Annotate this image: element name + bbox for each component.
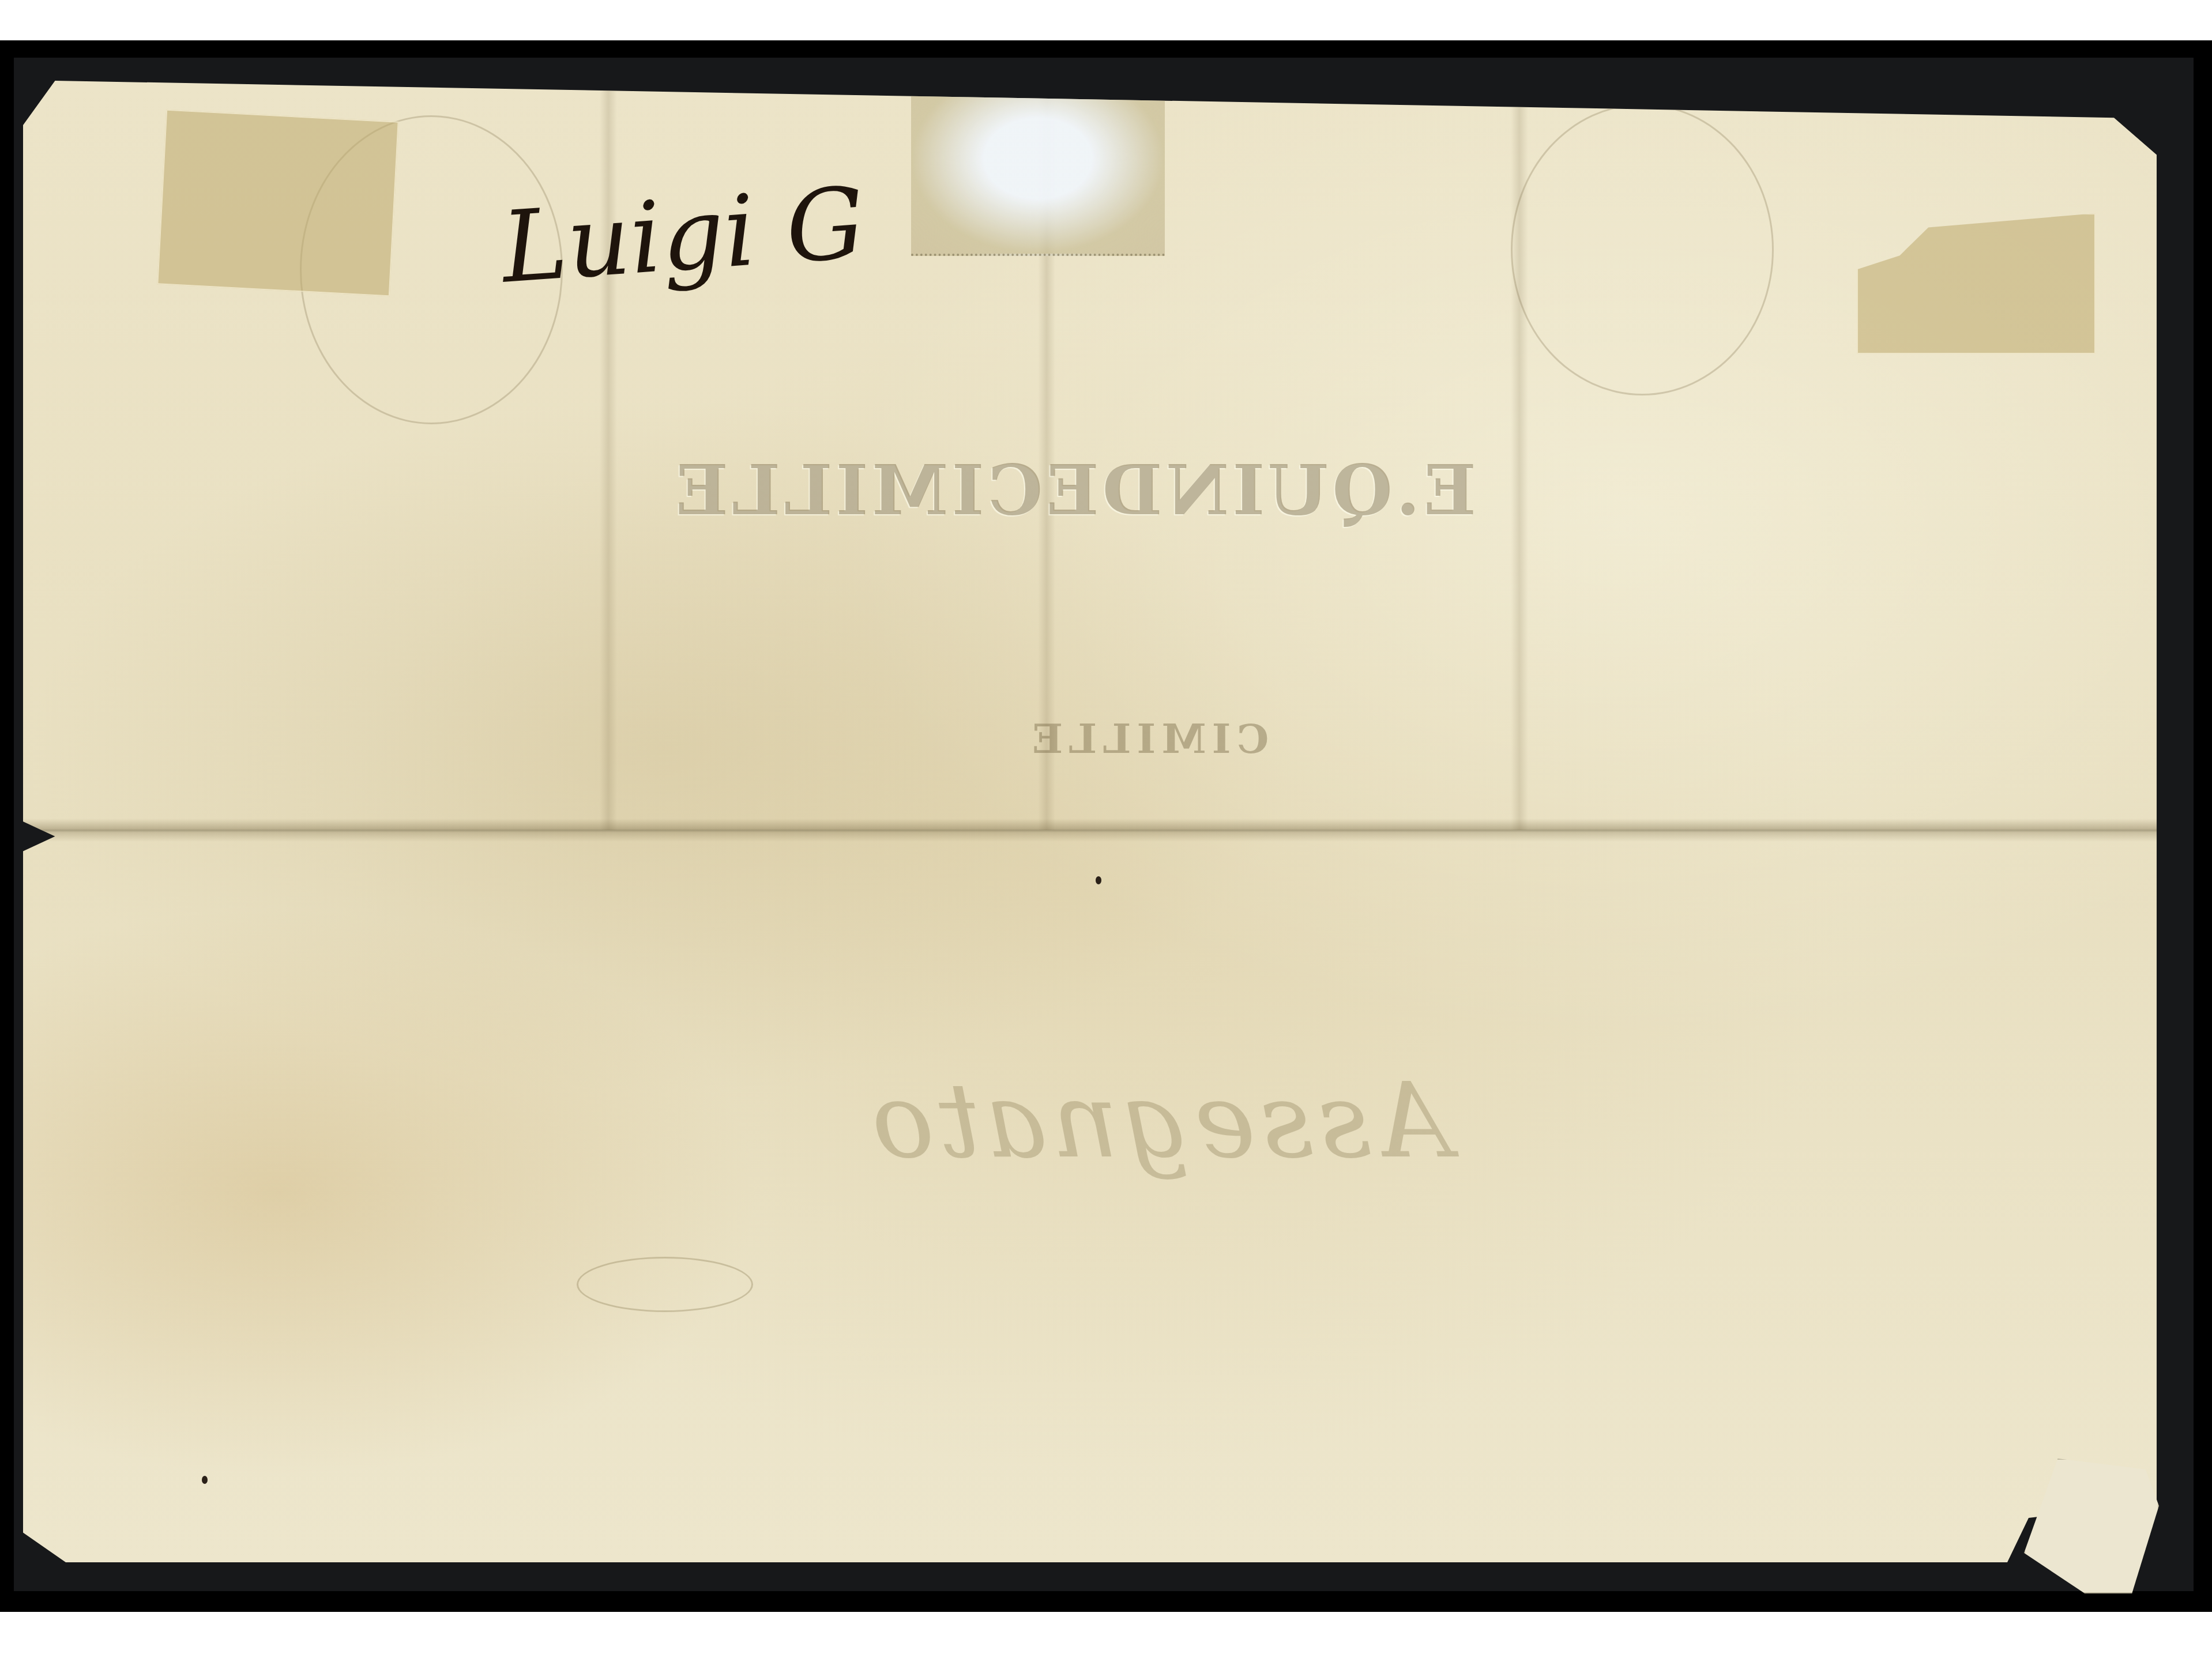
tape-repair-right: [1857, 213, 2096, 354]
oval-watermark-right: [1511, 104, 1774, 395]
ink-speck: [202, 1476, 208, 1484]
embossed-script: Assegnato: [381, 1061, 1938, 1181]
vertical-crease: [1511, 81, 1528, 830]
handwritten-signature: Luigi G: [498, 166, 868, 305]
horizontal-fold: [23, 819, 2157, 842]
embossed-title: E.QUINDECIMILLE: [842, 450, 1476, 531]
ink-speck: [1096, 876, 1101, 884]
embossed-flourish: [577, 1257, 753, 1312]
banknote-paper: Luigi G E.QUINDECIMILLE CIMILLE Assegnat…: [23, 81, 2157, 1562]
embossed-subtitle: CIMILLE: [888, 715, 1407, 763]
tape-repair-left: [157, 110, 398, 297]
stained-patch: [911, 81, 1165, 256]
